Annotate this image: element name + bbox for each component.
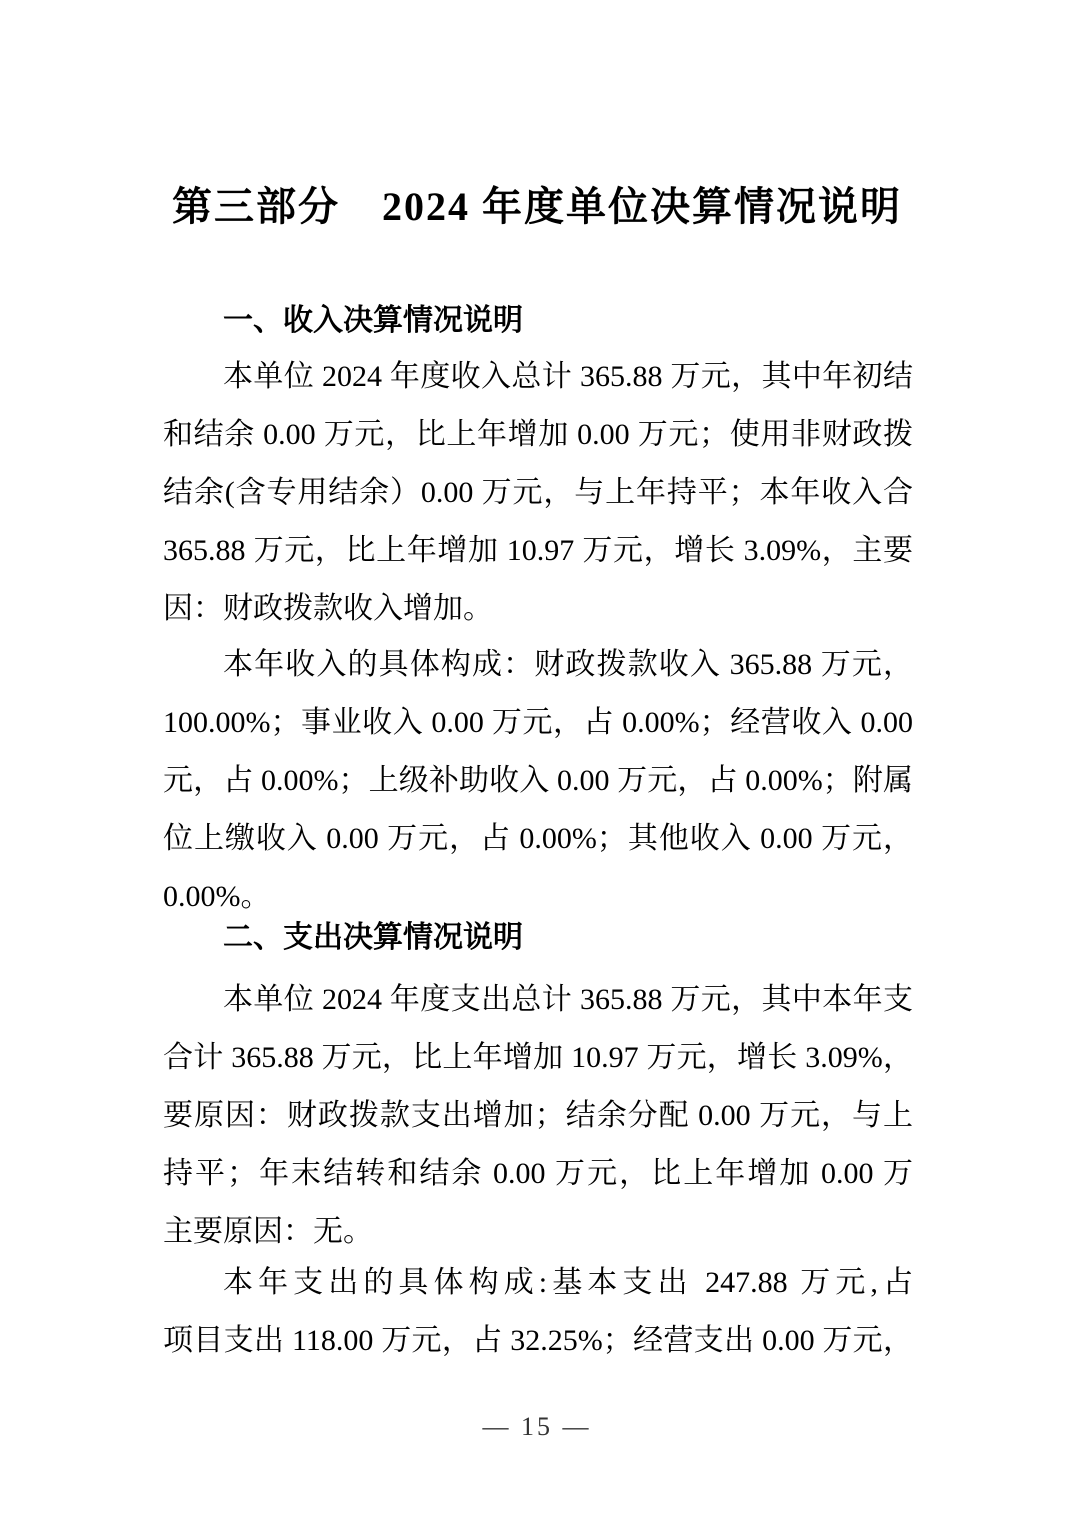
section-heading-income: 一、收入决算情况说明 <box>223 303 523 339</box>
text-line: 主要原因：无。 <box>163 1203 913 1261</box>
text-line: 本单位 2024 年度收入总计 365.88 万元，其中年初结转 <box>163 348 913 406</box>
page-number: — 15 — <box>483 1412 592 1441</box>
paragraph-income-composition: 本年收入的具体构成：财政拨款收入 365.88 万元，占 100.00%；事业收… <box>163 636 913 926</box>
text-line: 0.00%。 <box>163 868 913 926</box>
text-line: 和结余 0.00 万元，比上年增加 0.00 万元；使用非财政拨款 <box>163 406 913 464</box>
document-page: 第三部分 2024 年度单位决算情况说明 一、收入决算情况说明 本单位 2024… <box>0 0 1074 1520</box>
text-line: 元，占 0.00%；上级补助收入 0.00 万元，占 0.00%；附属单 <box>163 752 913 810</box>
text-line: 项目支出 118.00 万元，占 32.25%；经营支出 0.00 万元，占 <box>163 1312 913 1370</box>
paragraph-income-summary: 本单位 2024 年度收入总计 365.88 万元，其中年初结转 和结余 0.0… <box>163 348 913 638</box>
text-line: 365.88 万元，比上年增加 10.97 万元，增长 3.09%，主要原 <box>163 522 913 580</box>
document-body: 一、收入决算情况说明 本单位 2024 年度收入总计 365.88 万元，其中年… <box>163 0 913 1520</box>
paragraph-expenditure-composition: 本年支出的具体构成:基本支出 247.88 万元,占 67.75%; 项目支出 … <box>163 1254 913 1370</box>
text-line: 持平；年末结转和结余 0.00 万元，比上年增加 0.00 万元， <box>163 1145 913 1203</box>
text-line: 位上缴收入 0.00 万元，占 0.00%；其他收入 0.00 万元，占 <box>163 810 913 868</box>
section-heading-expenditure: 二、支出决算情况说明 <box>223 920 523 956</box>
page-footer: — 15 — <box>0 1405 1074 1449</box>
text-line: 要原因：财政拨款支出增加；结余分配 0.00 万元，与上年 <box>163 1087 913 1145</box>
paragraph-expenditure-summary: 本单位 2024 年度支出总计 365.88 万元，其中本年支出 合计 365.… <box>163 971 913 1261</box>
text-line: 本年收入的具体构成：财政拨款收入 365.88 万元，占 <box>163 636 913 694</box>
text-line: 100.00%；事业收入 0.00 万元，占 0.00%；经营收入 0.00 万 <box>163 694 913 752</box>
text-line: 合计 365.88 万元，比上年增加 10.97 万元，增长 3.09%，主 <box>163 1029 913 1087</box>
text-line: 本单位 2024 年度支出总计 365.88 万元，其中本年支出 <box>163 971 913 1029</box>
text-line: 结余(含专用结余）0.00 万元，与上年持平；本年收入合计 <box>163 464 913 522</box>
text-line: 本年支出的具体构成:基本支出 247.88 万元,占 67.75%; <box>163 1254 913 1312</box>
text-line: 因：财政拨款收入增加。 <box>163 580 913 638</box>
